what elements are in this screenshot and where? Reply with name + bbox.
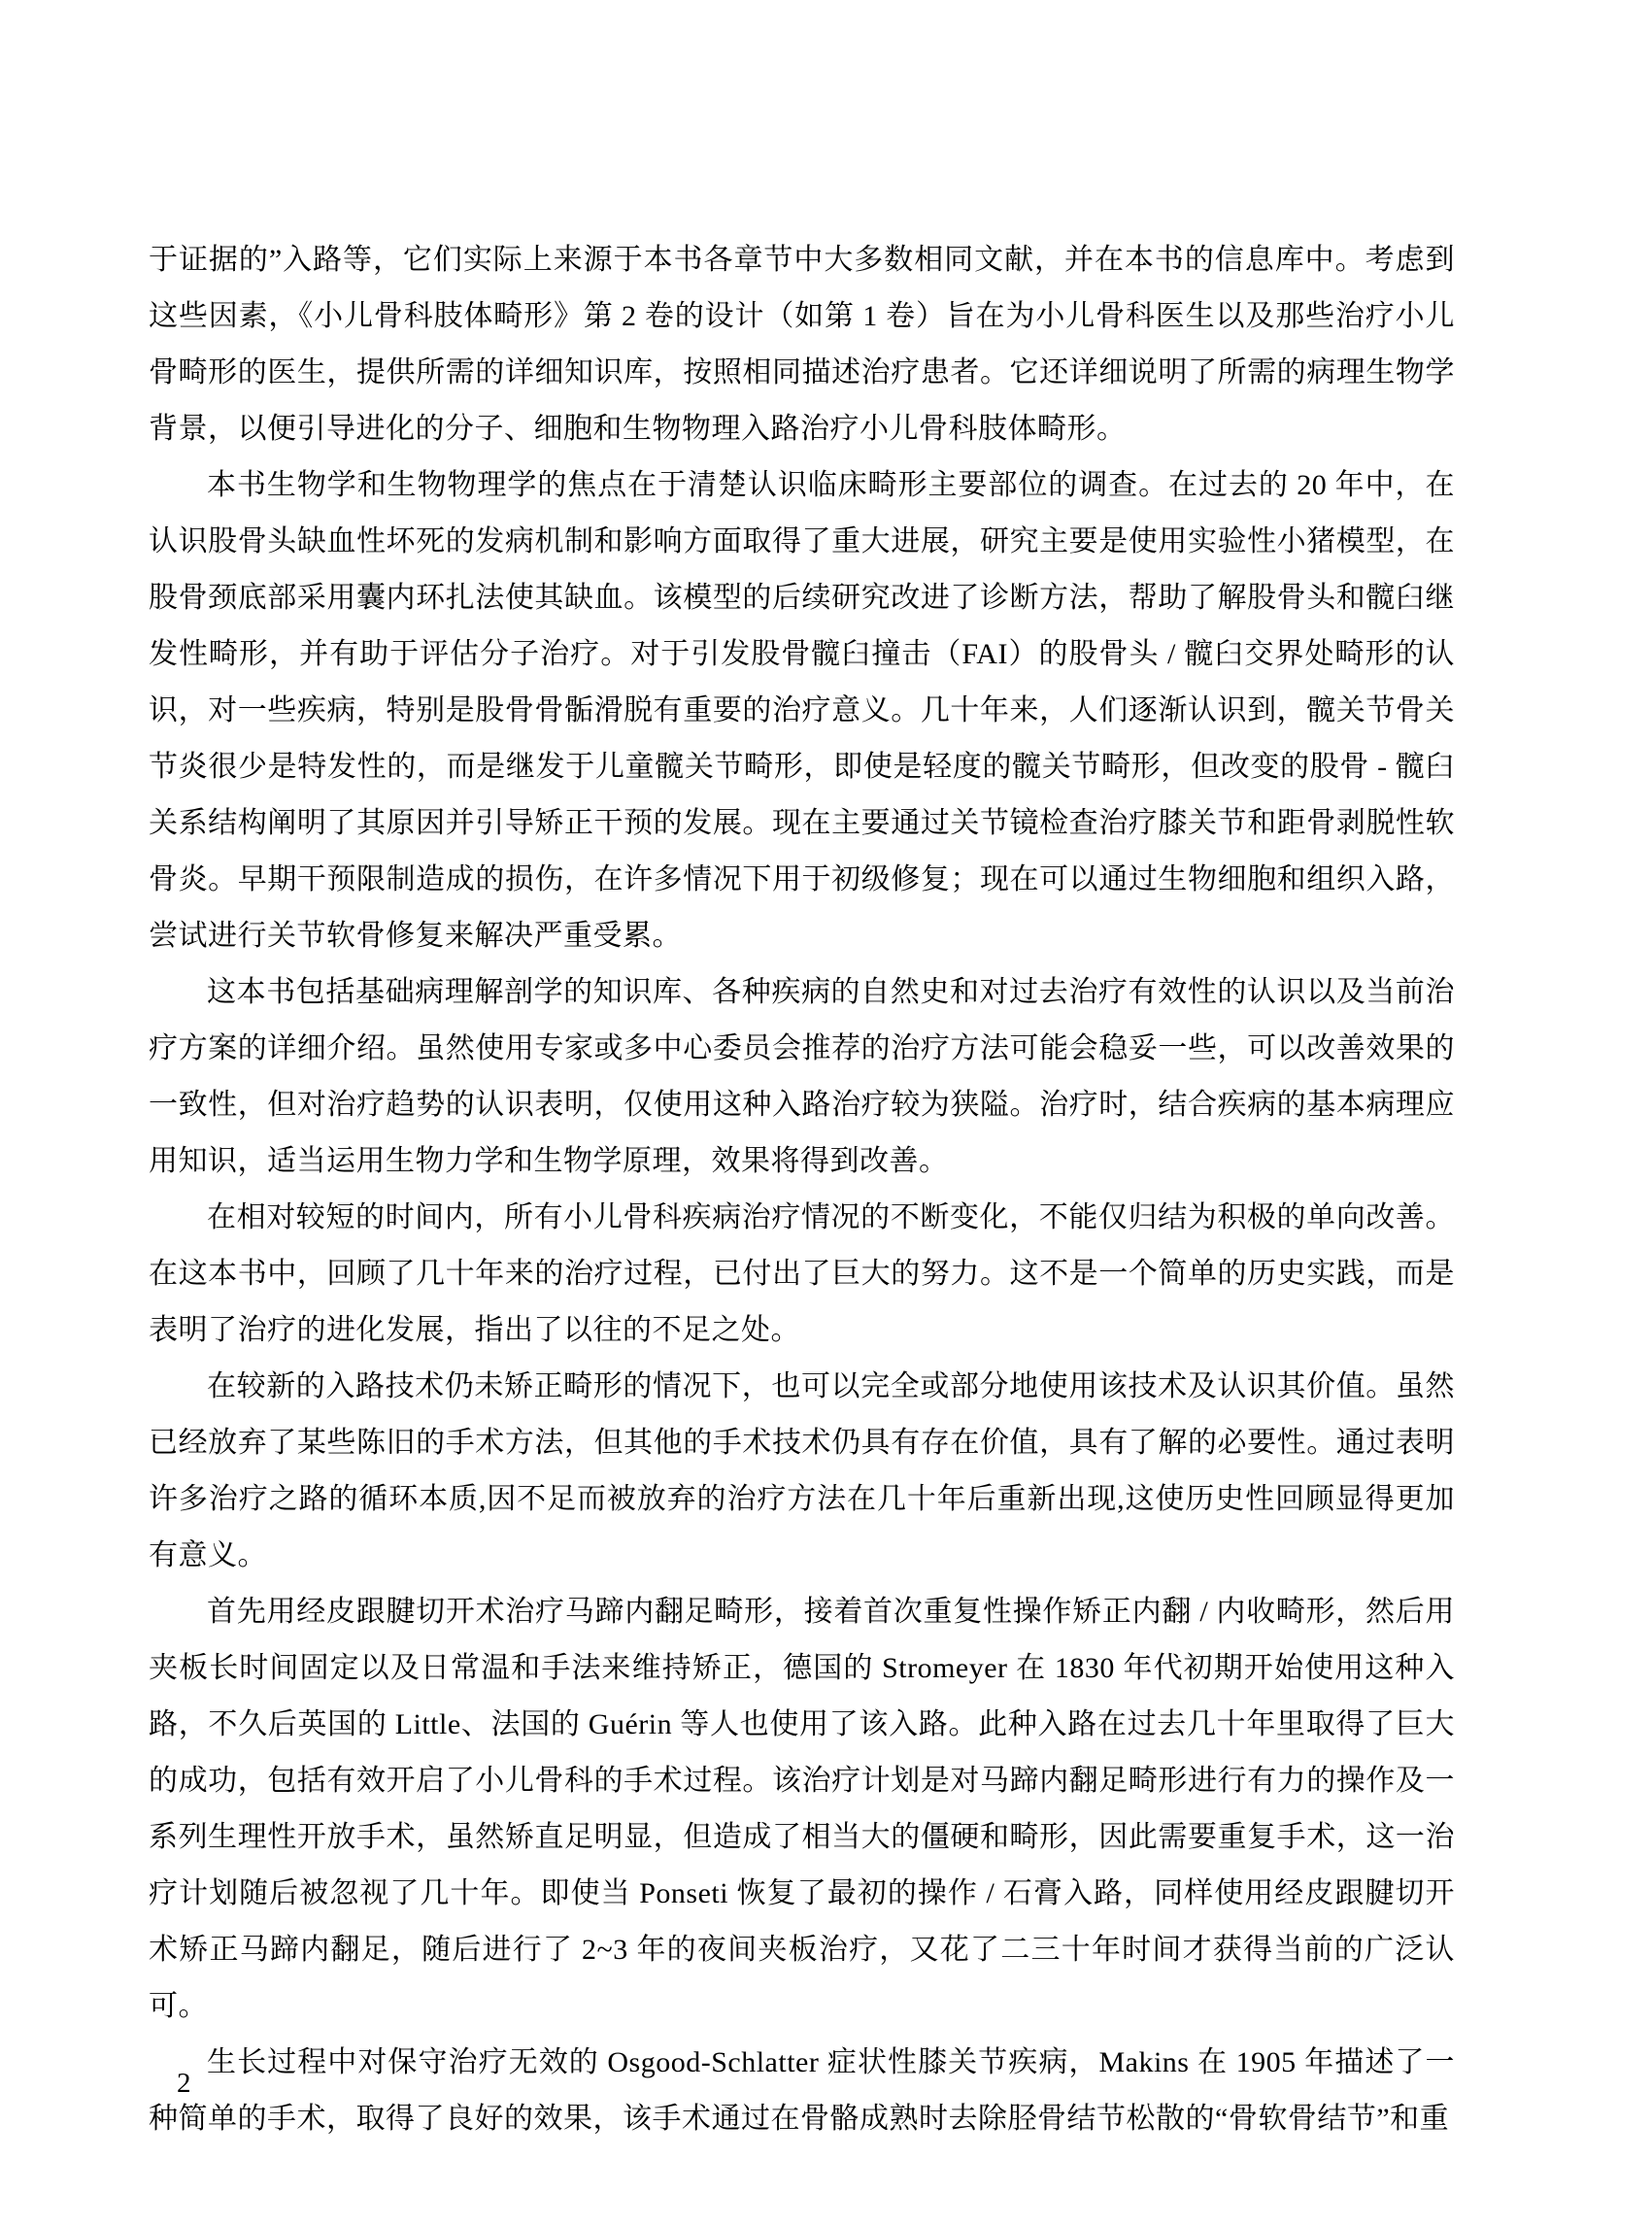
page-number: 2 <box>177 2067 191 2100</box>
paragraph: 生长过程中对保守治疗无效的 Osgood-Schlatter 症状性膝关节疾病，… <box>149 2035 1455 2147</box>
paragraph: 本书生物学和生物物理学的焦点在于清楚认识临床畸形主要部位的调查。在过去的 20 … <box>149 457 1455 964</box>
paragraph-continuation: 于证据的”入路等，它们实际上来源于本书各章节中大多数相同文献，并在本书的信息库中… <box>149 232 1455 457</box>
paragraph: 在相对较短的时间内，所有小儿骨科疾病治疗情况的不断变化，不能仅归结为积极的单向改… <box>149 1190 1455 1359</box>
body-text: 于证据的”入路等，它们实际上来源于本书各章节中大多数相同文献，并在本书的信息库中… <box>149 232 1455 2147</box>
paragraph: 首先用经皮跟腱切开术治疗马蹄内翻足畸形，接着首次重复性操作矫正内翻 / 内收畸形… <box>149 1584 1455 2035</box>
paragraph: 在较新的入路技术仍未矫正畸形的情况下，也可以完全或部分地使用该技术及认识其价值。… <box>149 1359 1455 1584</box>
book-page: 于证据的”入路等，它们实际上来源于本书各章节中大多数相同文献，并在本书的信息库中… <box>0 0 1652 2226</box>
paragraph: 这本书包括基础病理解剖学的知识库、各种疾病的自然史和对过去治疗有效性的认识以及当… <box>149 964 1455 1190</box>
